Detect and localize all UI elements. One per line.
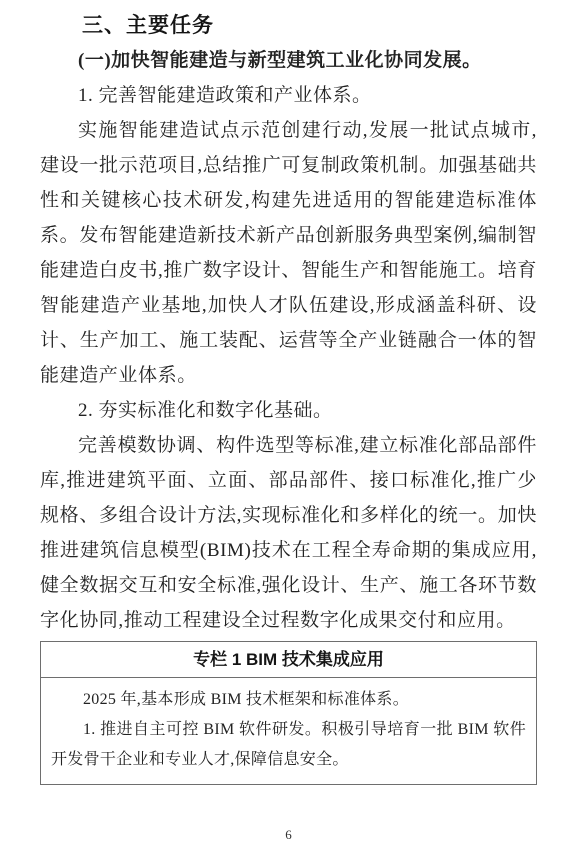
column-box-paragraph-item1: 1. 推进自主可控 BIM 软件研发。积极引导培育一批 BIM 软件开发骨干企业… (51, 715, 526, 775)
task-1-heading: 1. 完善智能建造政策和产业体系。 (40, 78, 537, 113)
column-box-title: 专栏 1 BIM 技术集成应用 (41, 642, 536, 678)
column-box-body: 2025 年,基本形成 BIM 技术框架和标准体系。 1. 推进自主可控 BIM… (41, 678, 536, 784)
section-heading: 三、主要任务 (40, 8, 537, 43)
column-box-paragraph-goal: 2025 年,基本形成 BIM 技术框架和标准体系。 (51, 685, 526, 715)
task-2-paragraph: 完善模数协调、构件选型等标准,建立标准化部品部件库,推进建筑平面、立面、部品部件… (40, 428, 537, 638)
task-2-heading: 2. 夯实标准化和数字化基础。 (40, 393, 537, 428)
page-number: 6 (0, 827, 577, 843)
column-box: 专栏 1 BIM 技术集成应用 2025 年,基本形成 BIM 技术框架和标准体… (40, 641, 537, 785)
task-1-paragraph: 实施智能建造试点示范创建行动,发展一批试点城市,建设一批示范项目,总结推广可复制… (40, 113, 537, 393)
subsection-heading: (一)加快智能建造与新型建筑工业化协同发展。 (40, 43, 537, 78)
document-page: 三、主要任务 (一)加快智能建造与新型建筑工业化协同发展。 1. 完善智能建造政… (0, 0, 577, 851)
